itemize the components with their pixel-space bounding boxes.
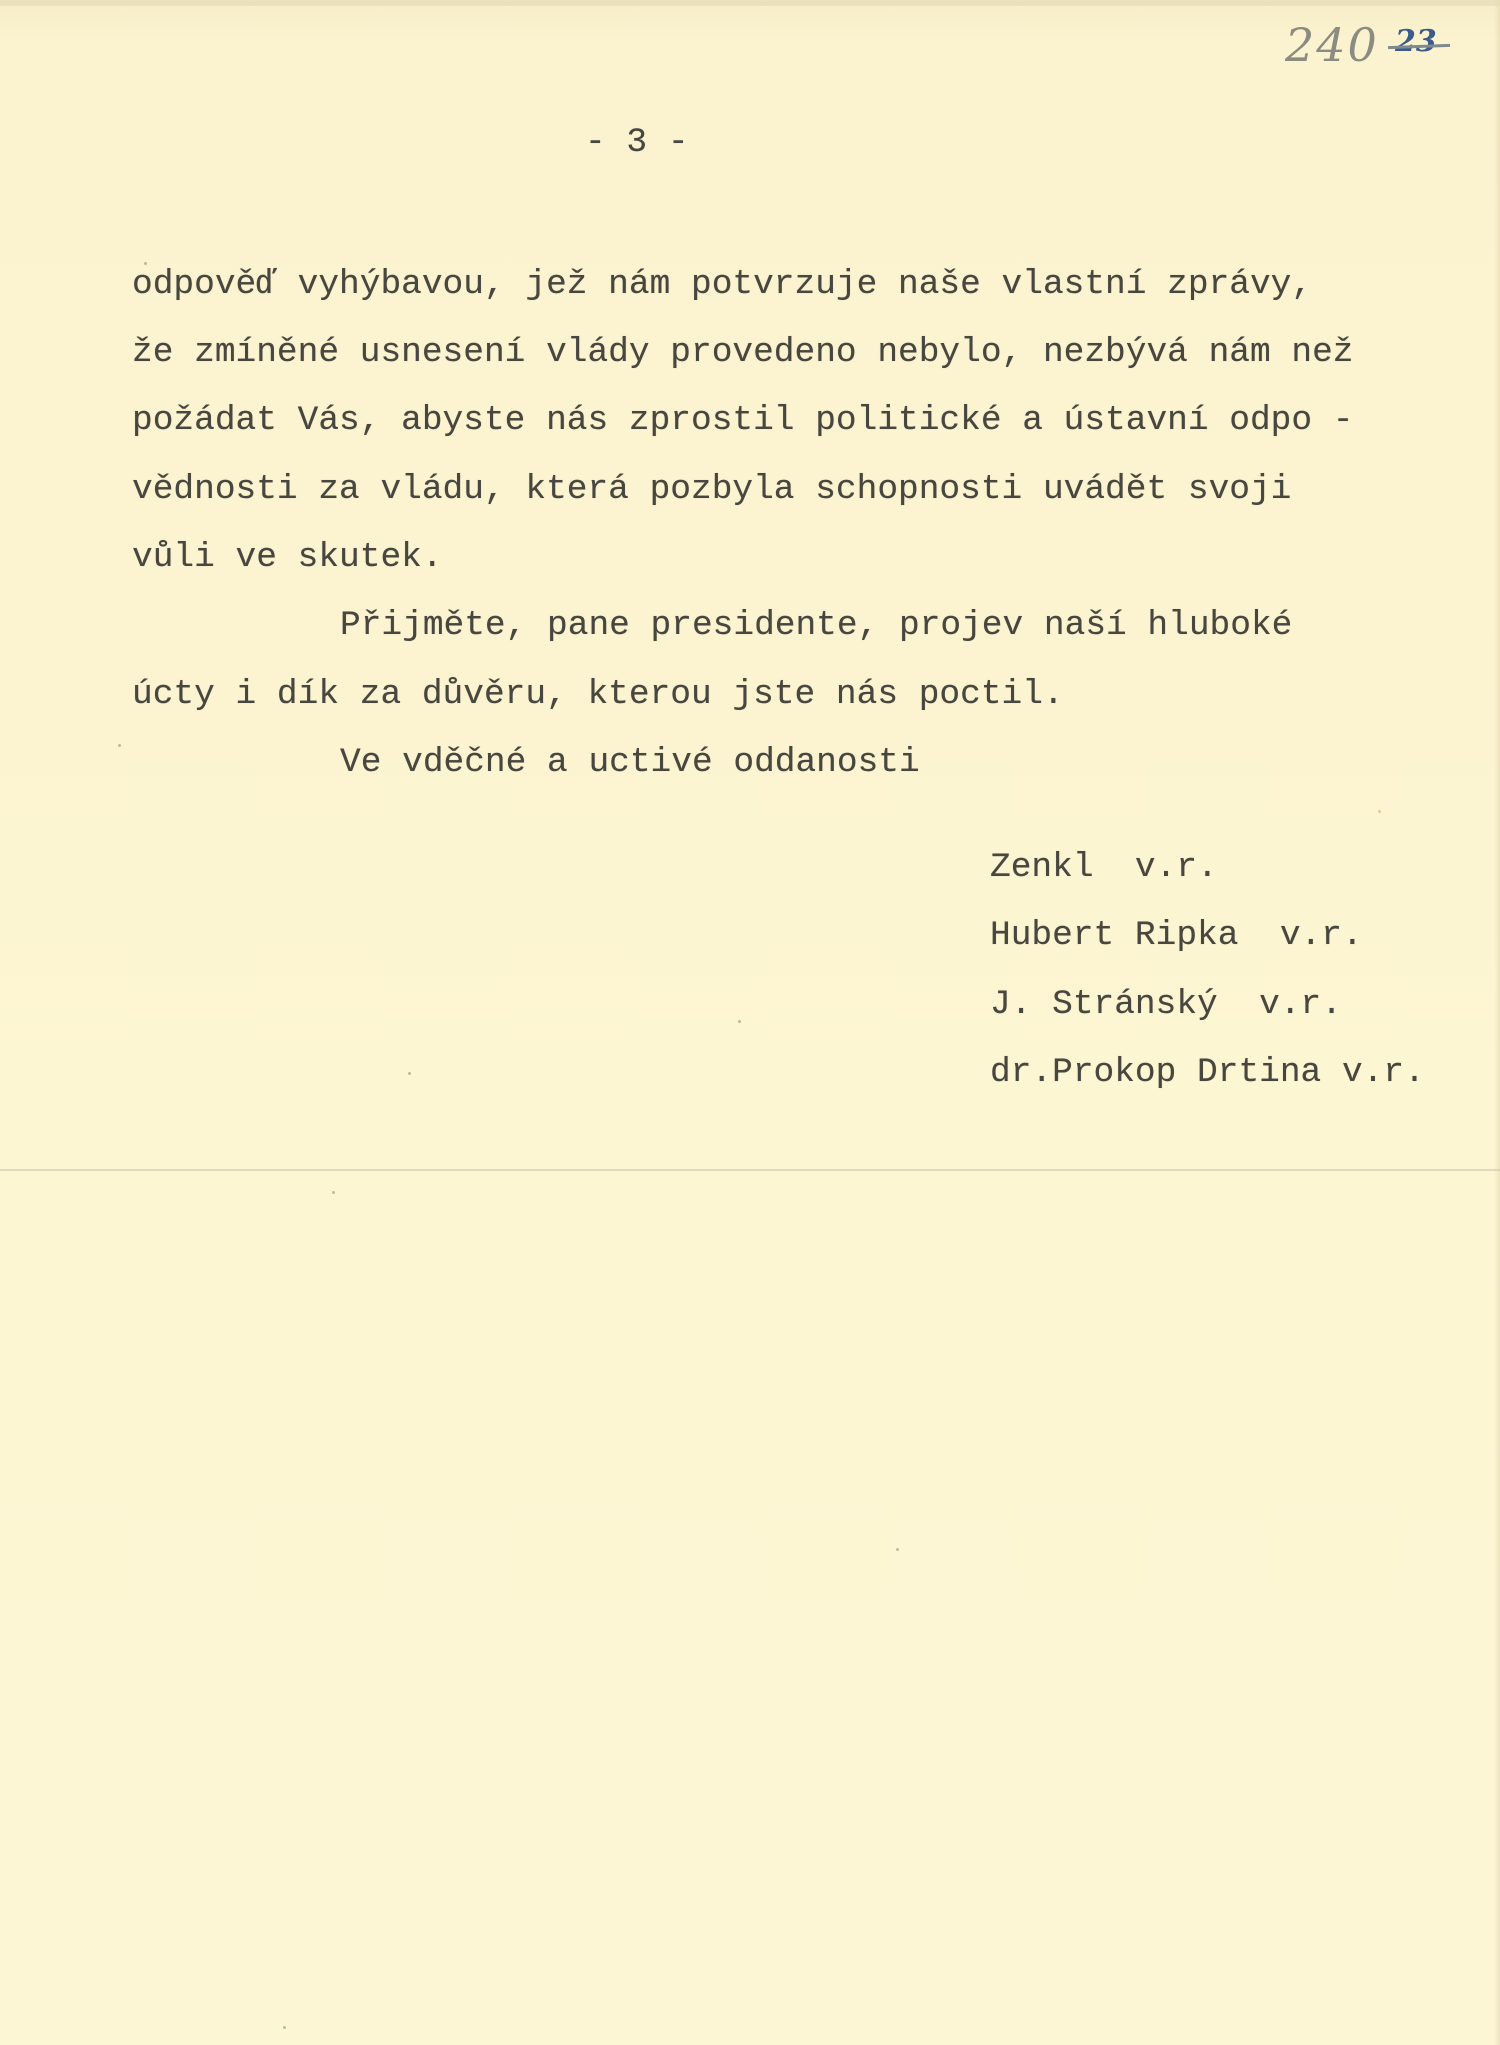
closing-line: úcty i dík za důvěru, kterou jste nás po… — [132, 678, 1064, 713]
paper-speck — [144, 262, 147, 265]
body-line: vůli ve skutek. — [132, 541, 443, 576]
body-line: vědnosti za vládu, která pozbyla schopno… — [132, 473, 1291, 508]
body-line: že zmíněné usnesení vlády provedeno neby… — [132, 336, 1354, 371]
paper-speck — [1378, 810, 1381, 813]
body-line: odpověď vyhýbavou, jež nám potvrzuje naš… — [132, 268, 1312, 303]
paper-speck — [283, 2026, 286, 2029]
document-page: 240 23 - 3 - odpověď vyhýbavou, jež nám … — [0, 0, 1500, 2045]
valediction: Ve vděčné a uctivé oddanosti — [340, 746, 920, 781]
closing-line: Přijměte, pane presidente, projev naší h… — [340, 609, 1292, 644]
folio-number-pencil: 240 — [1285, 18, 1379, 72]
paper-speck — [896, 1548, 899, 1551]
signature-drtina: dr.Prokop Drtina v.r. — [990, 1056, 1425, 1091]
paper-speck — [332, 1191, 335, 1194]
folio-number-struck: 23 — [1395, 24, 1437, 59]
body-line: požádat Vás, abyste nás zprostil politic… — [132, 404, 1354, 439]
page-number: - 3 - — [585, 126, 689, 161]
paper-top-edge — [0, 0, 1500, 6]
paper-speck — [118, 744, 121, 747]
paper-speck — [408, 1072, 411, 1075]
paper-fold-line — [0, 1169, 1500, 1171]
signature-ripka: Hubert Ripka v.r. — [990, 919, 1363, 954]
paper-right-edge — [1494, 0, 1500, 2045]
signature-stransky: J. Stránský v.r. — [990, 988, 1342, 1023]
paper-speck — [738, 1020, 741, 1023]
signature-zenkl: Zenkl v.r. — [990, 851, 1218, 886]
